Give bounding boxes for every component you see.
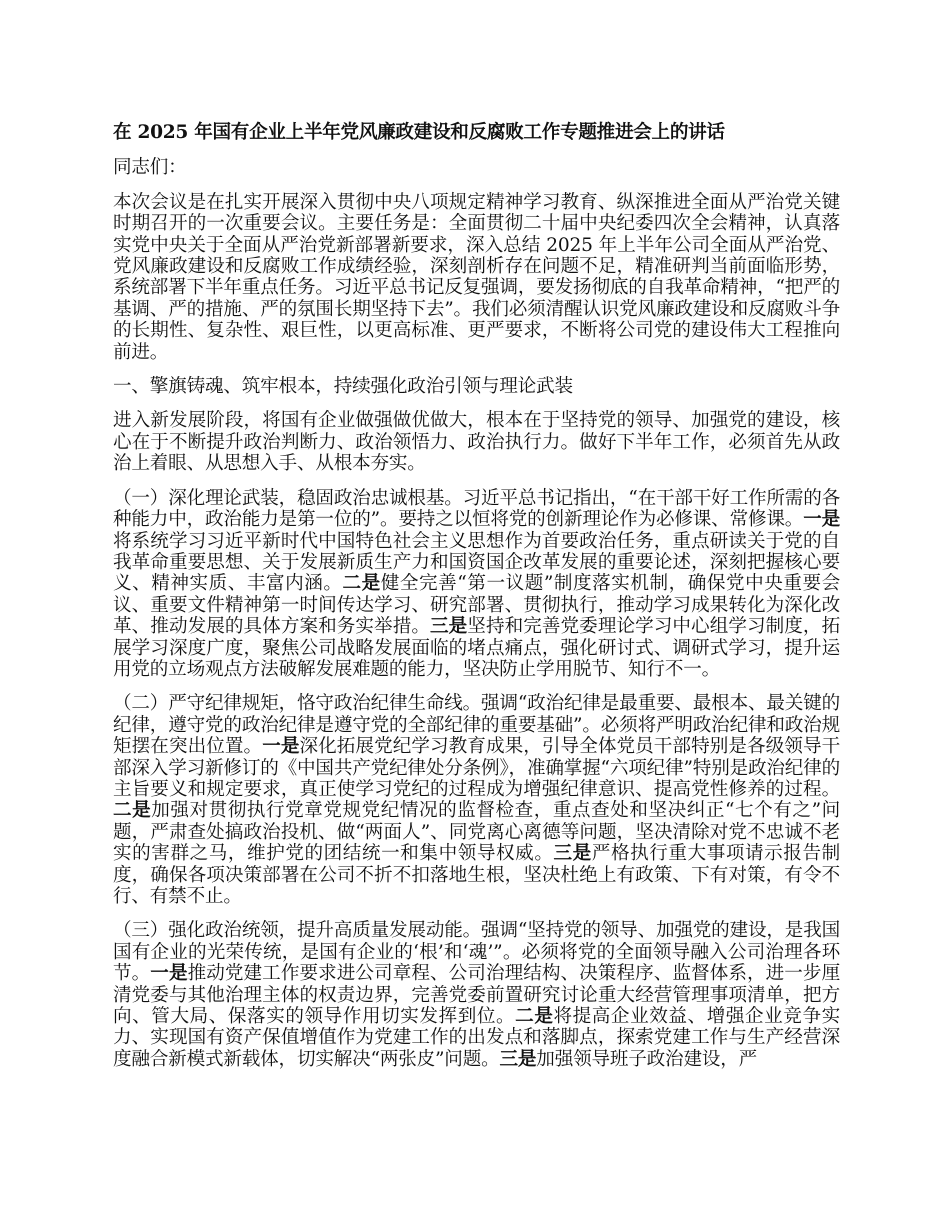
salutation: 同志们： (113, 157, 840, 178)
point-3-text: 加强领导班子政治建设，严 (536, 1049, 757, 1070)
intro-paragraph: 本次会议是在扎实开展深入贯彻中央八项规定精神学习教育、纵深推进全面从严治党关键时… (113, 192, 840, 363)
point-1-label: 一是 (803, 509, 840, 530)
point-3-label: 三是 (553, 843, 591, 864)
point-3-label: 三是 (430, 616, 467, 637)
subsection-2-paragraph: （二）严守纪律规矩，恪守政治纪律生命线。强调“政治纪律是最重要、最根本、最关键的… (113, 693, 840, 907)
subsection-3-paragraph: （三）强化政治统领，提升高质量发展动能。强调“坚持党的领导、加强党的建设，是我国… (113, 920, 840, 1070)
section-heading-1: 一、擎旗铸魂、筑牢根本，持续强化政治引领与理论武装 (113, 376, 840, 397)
section-1-lead-paragraph: 进入新发展阶段，将国有企业做强做优做大，根本在于坚持党的领导、加强党的建设，核心… (113, 410, 840, 474)
document-title: 在 2025 年国有企业上半年党风廉政建设和反腐败工作专题推进会上的讲话 (113, 122, 840, 143)
subsection-1-intro: （一）深化理论武装，稳固政治忠诚根基。习近平总书记指出，“在干部干好工作所需的各… (113, 488, 840, 530)
point-1-label: 一是 (150, 963, 187, 984)
document-page: 在 2025 年国有企业上半年党风廉政建设和反腐败工作专题推进会上的讲话 同志们… (113, 122, 840, 1083)
point-1-label: 一是 (262, 736, 299, 757)
point-2-label: 二是 (343, 573, 381, 594)
point-2-label: 二是 (113, 800, 151, 821)
point-2-label: 二是 (515, 1006, 553, 1027)
point-3-label: 三是 (500, 1049, 537, 1070)
subsection-1-paragraph: （一）深化理论武装，稳固政治忠诚根基。习近平总书记指出，“在干部干好工作所需的各… (113, 488, 840, 681)
